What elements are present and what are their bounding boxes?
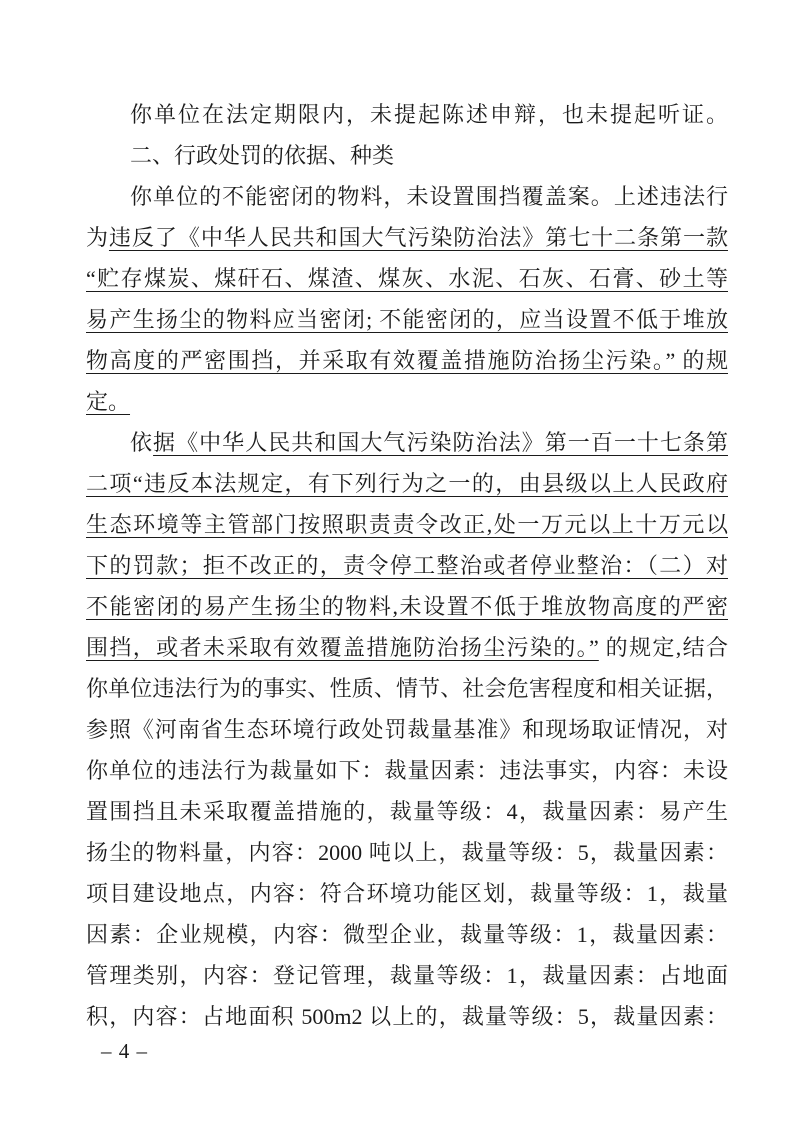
underlined-text: 据《中华人民共和国大气污染防治法》第一百一十七条第 xyxy=(153,430,728,455)
text-line: 积，内容：占地面积 500m2 以上的，裁量等级：5，裁量因素： xyxy=(86,996,728,1037)
text-line: 扬尘的物料量，内容：2000 吨以上，裁量等级：5，裁量因素： xyxy=(86,832,728,873)
underlined-text: 生态环境等主管部门按照职责责令改正,处一万元以上十万元以 xyxy=(86,512,728,537)
text-line: 围挡，或者未采取有效覆盖措施防治扬尘污染的。” 的规定,结合 xyxy=(86,627,728,668)
text-line: 为违反了《中华人民共和国大气污染防治法》第七十二条第一款 xyxy=(86,217,728,258)
text-segment: 因素：企业规模，内容：微型企业，裁量等级：1，裁量因素： xyxy=(86,922,728,947)
underlined-text: “贮存煤炭、煤矸石、煤渣、煤灰、水泥、石灰、石膏、砂土等 xyxy=(86,266,728,291)
underlined-text: 定。 xyxy=(86,389,130,414)
text-segment: 的规定,结合 xyxy=(599,635,728,660)
text-segment: 扬尘的物料量，内容：2000 吨以上，裁量等级：5，裁量因素： xyxy=(86,840,728,865)
underlined-text: 不能密闭的易产生扬尘的物料,未设置不低于堆放物高度的严密 xyxy=(86,594,728,619)
text-segment: 你单位的违法行为裁量如下：裁量因素：违法事实，内容：未设 xyxy=(86,758,728,783)
text-line: 置围挡且未采取覆盖措施的，裁量等级：4，裁量因素：易产生 xyxy=(86,791,728,832)
text-line: 二项“违反本法规定，有下列行为之一的，由县级以上人民政府 xyxy=(86,463,728,504)
text-segment: 管理类别，内容：登记管理，裁量等级：1，裁量因素：占地面 xyxy=(86,963,728,988)
text-line: 参照《河南省生态环境行政处罚裁量基准》和现场取证情况，对 xyxy=(86,709,728,750)
underlined-text: 物高度的严密围挡，并采取有效覆盖措施防治扬尘污染。” 的规 xyxy=(86,348,728,373)
text-segment: 参照《河南省生态环境行政处罚裁量基准》和现场取证情况，对 xyxy=(86,717,728,742)
text-segment: 项目建设地点，内容：符合环境功能区划，裁量等级：1，裁量 xyxy=(86,881,728,906)
text-line: 物高度的严密围挡，并采取有效覆盖措施防治扬尘污染。” 的规 xyxy=(86,340,728,381)
text-line: 管理类别，内容：登记管理，裁量等级：1，裁量因素：占地面 xyxy=(86,955,728,996)
underlined-text: 易产生扬尘的物料应当密闭; 不能密闭的，应当设置不低于堆放 xyxy=(86,307,728,332)
text-line: 因素：企业规模，内容：微型企业，裁量等级：1，裁量因素： xyxy=(86,914,728,955)
page-number: – 4 – xyxy=(101,1037,148,1065)
underlined-text: 违反了《中华人民共和国大气污染防治法》第七十二条第一款 xyxy=(109,225,728,250)
text-line: 项目建设地点，内容：符合环境功能区划，裁量等级：1，裁量 xyxy=(86,873,728,914)
text-line: 定。 xyxy=(86,381,728,422)
text-segment: 你单位的不能密闭的物料，未设置围挡覆盖案。上述违法行 xyxy=(130,184,728,209)
text-line: 你单位的违法行为裁量如下：裁量因素：违法事实，内容：未设 xyxy=(86,750,728,791)
text-segment: 二、行政处罚的依据、种类 xyxy=(130,143,394,168)
text-line: 你单位在法定期限内，未提起陈述申辩，也未提起听证。 xyxy=(86,94,728,135)
text-line: 你单位违法行为的事实、性质、情节、社会危害程度和相关证据， xyxy=(86,668,728,709)
underlined-text: 围挡，或者未采取有效覆盖措施防治扬尘污染的。” xyxy=(86,635,599,660)
underlined-text: 下的罚款；拒不改正的，责令停工整治或者停业整治：（二）对 xyxy=(86,553,728,578)
text-segment: 依 xyxy=(130,430,153,455)
text-line: 你单位的不能密闭的物料，未设置围挡覆盖案。上述违法行 xyxy=(86,176,728,217)
text-line: 易产生扬尘的物料应当密闭; 不能密闭的，应当设置不低于堆放 xyxy=(86,299,728,340)
text-line: 不能密闭的易产生扬尘的物料,未设置不低于堆放物高度的严密 xyxy=(86,586,728,627)
text-line: 依据《中华人民共和国大气污染防治法》第一百一十七条第 xyxy=(86,422,728,463)
text-segment: 为 xyxy=(86,225,109,250)
text-segment: 你单位在法定期限内，未提起陈述申辩，也未提起听证。 xyxy=(130,102,728,127)
text-segment: 你单位违法行为的事实、性质、情节、社会危害程度和相关证据， xyxy=(86,676,728,701)
document-page: 你单位在法定期限内，未提起陈述申辩，也未提起听证。二、行政处罚的依据、种类你单位… xyxy=(0,0,793,1122)
text-segment: 置围挡且未采取覆盖措施的，裁量等级：4，裁量因素：易产生 xyxy=(86,799,728,824)
underlined-text: 二项“违反本法规定，有下列行为之一的，由县级以上人民政府 xyxy=(86,471,728,496)
text-line: “贮存煤炭、煤矸石、煤渣、煤灰、水泥、石灰、石膏、砂土等 xyxy=(86,258,728,299)
text-line: 二、行政处罚的依据、种类 xyxy=(86,135,728,176)
text-line: 生态环境等主管部门按照职责责令改正,处一万元以上十万元以 xyxy=(86,504,728,545)
text-segment: 积，内容：占地面积 500m2 以上的，裁量等级：5，裁量因素： xyxy=(86,1004,728,1029)
text-line: 下的罚款；拒不改正的，责令停工整治或者停业整治：（二）对 xyxy=(86,545,728,586)
document-body: 你单位在法定期限内，未提起陈述申辩，也未提起听证。二、行政处罚的依据、种类你单位… xyxy=(86,94,728,1037)
